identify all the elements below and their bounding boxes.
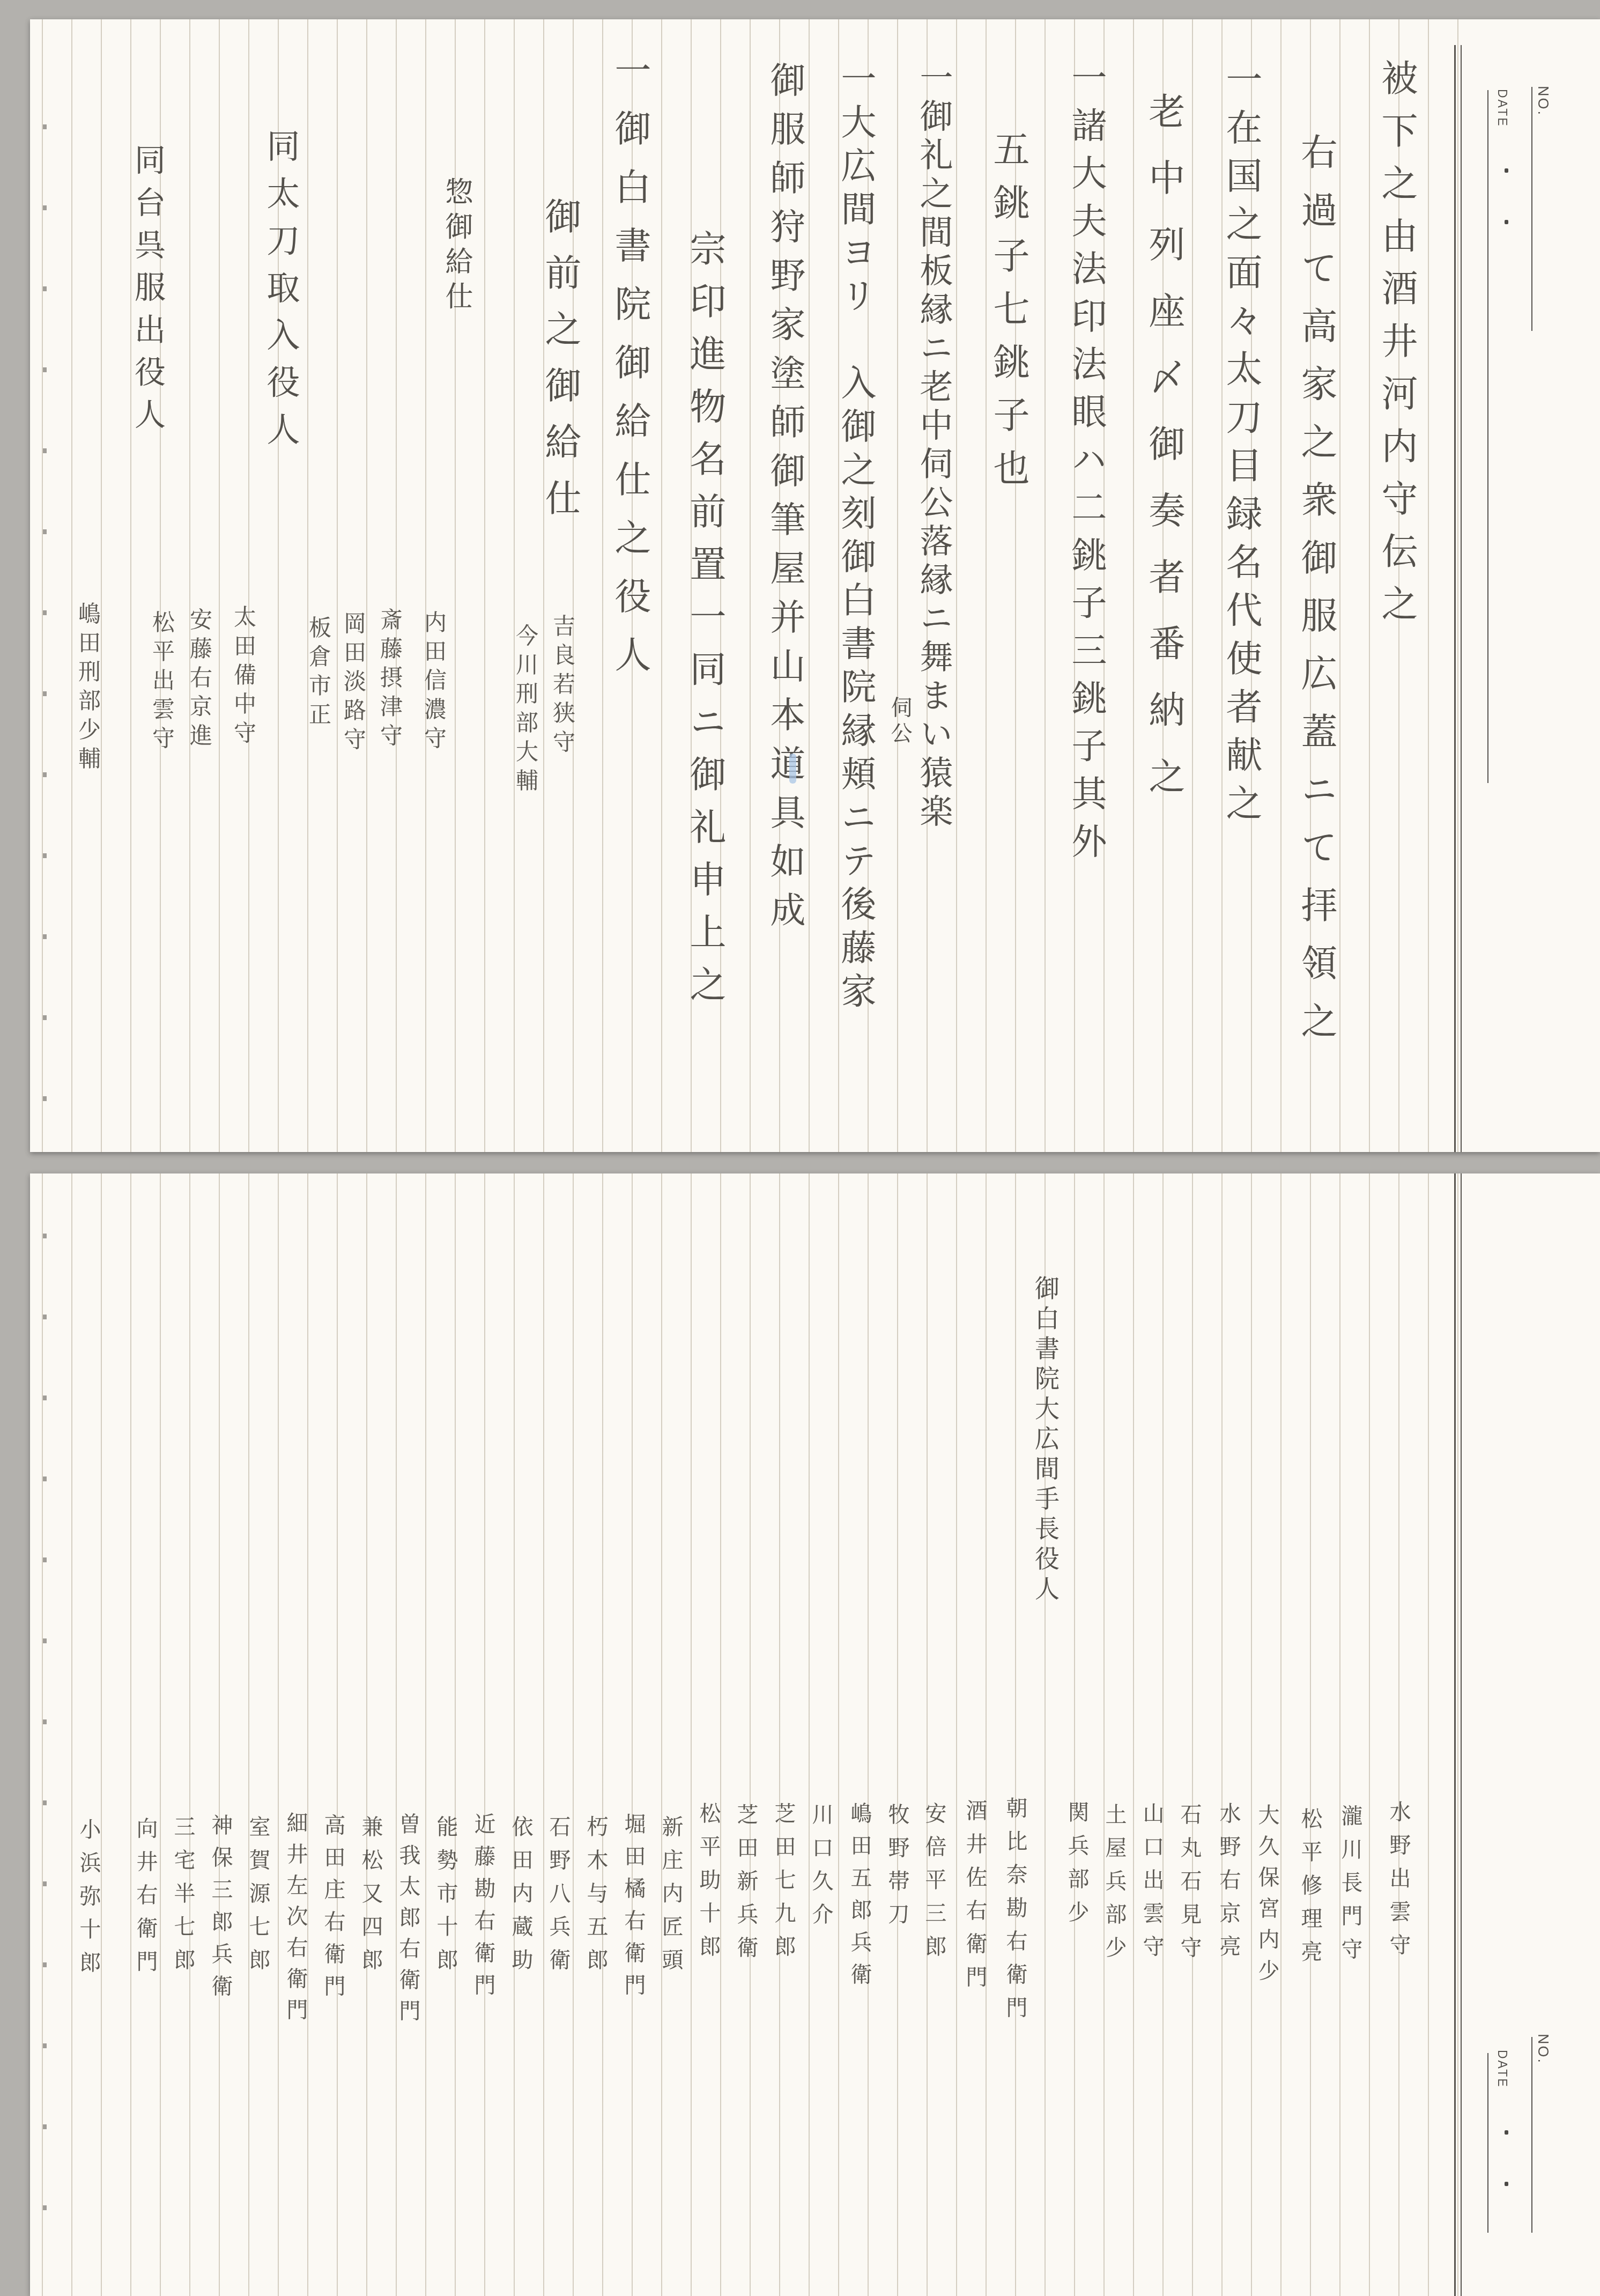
p1-name-col-4: 斎藤摂津守 xyxy=(374,608,406,752)
p1-text-col-5: 一諸大夫法印法眼ハ二銚子三銚子其外 xyxy=(1061,59,1112,870)
p1-name-col-10: 嶋田刑部少輔 xyxy=(72,602,104,776)
p2-name-col-32: 三宅半七郎 xyxy=(168,1815,198,1982)
p2-name-col-2: 瀧川長門守 xyxy=(1335,1805,1366,1971)
p1-name-col-5: 岡田淡路守 xyxy=(337,611,369,756)
p2-name-col-1: 水野出雲守 xyxy=(1383,1800,1414,1967)
p2-name-col-15: 川口久介 xyxy=(806,1803,836,1936)
page-1-date-separator-dot xyxy=(1505,168,1508,173)
page-2-ruled-lines xyxy=(40,1173,1458,2296)
p1-name-col-6: 板倉市正 xyxy=(302,616,335,732)
page-2-date-label: DATE xyxy=(1495,2050,1509,2088)
p1-text-col-10: 宗印進物名前置一同ニ御礼申上之 xyxy=(679,230,731,1018)
p1-name-col-7: 太田備中守 xyxy=(227,605,260,750)
page-2-date-separator-dot xyxy=(1505,2182,1508,2186)
p2-name-col-19: 新庄内匠頭 xyxy=(656,1815,686,1982)
notebook-scan: NO. DATE 被下之由酒井河内守伝之 右過て高家之衆御服広蓋ニて拝領之 一在… xyxy=(0,0,1600,2296)
page-1-margin-line xyxy=(1454,45,1462,1152)
p2-heading-col: 御白書院大広間手長役人 xyxy=(1028,1275,1063,1606)
p2-name-col-20: 堀田橘右衛門 xyxy=(618,1813,649,2006)
p1-text-col-9: 御服師狩野家塗師御筆屋并山本道具如成 xyxy=(759,62,810,940)
p2-name-col-30: 室賀源七郎 xyxy=(243,1815,273,1982)
p1-text-col-4: 老中列座〆御奏者番納之 xyxy=(1138,92,1190,824)
p2-name-col-14: 嶋田五郎兵衛 xyxy=(845,1802,875,1995)
p1-name-col-2: 今川刑部大輔 xyxy=(509,624,542,798)
p1-text-col-14: 同太刀取入役人 xyxy=(257,129,305,459)
p2-name-col-7: 山口出雲守 xyxy=(1137,1802,1167,1968)
p2-name-col-25: 能勢市十郎 xyxy=(431,1815,461,1982)
p2-name-col-34: 小浜弥十郎 xyxy=(73,1818,104,1984)
p2-name-col-23: 依田内蔵助 xyxy=(506,1815,536,1982)
p2-name-col-26: 曽我太郎右衛門 xyxy=(393,1813,424,2031)
p2-name-col-31: 神保三郎兵衛 xyxy=(205,1814,236,2007)
page-1-no-line xyxy=(1531,87,1532,331)
p1-name-col-8: 安藤右京進 xyxy=(183,608,216,752)
p1-text-col-2: 右過て高家之衆御服広蓋ニて拝領之 xyxy=(1290,133,1342,1060)
p1-name-col-9: 松平出雲守 xyxy=(146,610,178,755)
p2-name-col-9: 関兵部少 xyxy=(1062,1801,1092,1934)
p2-name-col-6: 石丸石見守 xyxy=(1174,1803,1205,1969)
p2-name-col-16: 芝田七九郎 xyxy=(768,1802,799,1968)
page-2-no-label: NO. xyxy=(1535,2034,1551,2064)
p1-text-col-1: 被下之由酒井河内守伝之 xyxy=(1371,59,1423,637)
p2-name-col-11: 酒井佐右衛門 xyxy=(960,1799,990,1999)
p1-text-col-7: 一御礼之間板縁ニ老中伺公落縁ニ舞まい猿楽 xyxy=(910,60,958,832)
p1-text-col-3: 一在国之面々太刀目録名代使者献之 xyxy=(1215,60,1267,832)
page-1-date-separator-dot xyxy=(1505,220,1508,224)
p2-name-col-12: 安倍平三郎 xyxy=(919,1802,950,1968)
p1-name-col-1: 吉良若狭守 xyxy=(546,614,579,759)
page-2-binding-marks xyxy=(43,1234,47,2242)
p2-name-col-3: 松平修理亮 xyxy=(1295,1807,1325,1974)
p2-name-col-10: 朝比奈勘右衛門 xyxy=(1000,1797,1031,2029)
p2-name-col-27: 兼松又四郎 xyxy=(355,1815,386,1982)
p1-text-col-8: 一大広間ヨリ 入御之刻御白書院縁頬ニテ後藤家 xyxy=(830,60,881,1016)
p2-name-col-18: 松平助十郎 xyxy=(693,1802,724,1968)
p1-name-col-3: 内田信濃守 xyxy=(418,610,450,755)
p2-name-col-22: 石野八兵衛 xyxy=(543,1815,574,1982)
p2-name-col-8: 土屋兵部少 xyxy=(1099,1803,1130,1969)
page-2-no-line xyxy=(1531,2037,1532,2233)
page-1-date-label: DATE xyxy=(1495,89,1509,128)
p1-text-col-11: 一御白書院御給仕之役人 xyxy=(604,51,656,694)
page-2-margin-line xyxy=(1454,1173,1462,2296)
p2-name-col-24: 近藤勘右衛門 xyxy=(468,1813,499,2006)
p1-text-col-13: 惣御給仕 xyxy=(436,177,477,316)
p2-name-col-21: 朽木与五郎 xyxy=(581,1815,611,1982)
page-1-binding-marks xyxy=(43,124,47,1138)
p2-name-col-5: 水野右京亮 xyxy=(1213,1802,1244,1968)
p2-name-col-17: 芝田新兵衛 xyxy=(731,1803,761,1969)
p2-name-col-4: 大久保宮内少 xyxy=(1252,1804,1283,1990)
blue-ink-mark xyxy=(789,754,796,784)
p2-name-col-29: 細井左次右衛門 xyxy=(280,1812,311,2029)
p1-text-col-6: 五銚子七銚子也 xyxy=(982,130,1034,502)
page-1-no-label: NO. xyxy=(1535,86,1551,116)
page-2-date-line xyxy=(1487,2053,1488,2233)
p2-name-col-33: 向井右衛門 xyxy=(130,1817,161,1983)
page-2-date-separator-dot xyxy=(1505,2130,1508,2135)
p1-text-col-12: 御前之御給仕 xyxy=(534,197,586,535)
p1-text-col-15: 同台呉服出役人 xyxy=(125,144,170,440)
p2-name-col-28: 高田庄右衛門 xyxy=(318,1814,349,2007)
p1-text-col-7-annotation: 伺公 xyxy=(885,696,915,748)
p2-name-col-13: 牧野帯刀 xyxy=(882,1803,913,1936)
page-1-date-line xyxy=(1487,90,1488,783)
